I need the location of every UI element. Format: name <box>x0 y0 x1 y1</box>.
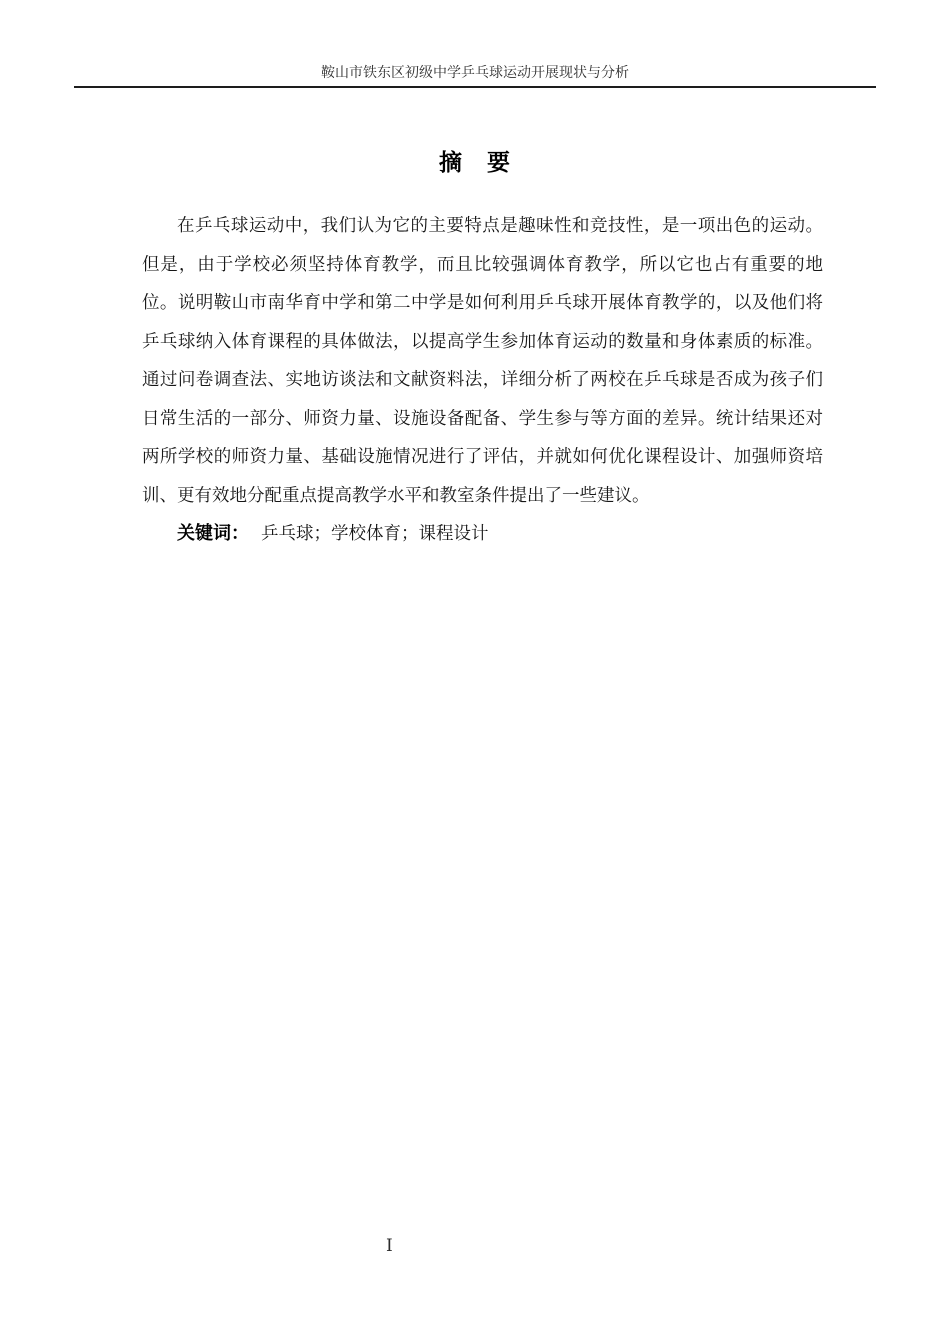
document-page: 鞍山市铁东区初级中学乒乓球运动开展现状与分析 摘 要 在乒乓球运动中，我们认为它… <box>0 0 950 1344</box>
abstract-paragraph: 在乒乓球运动中，我们认为它的主要特点是趣味性和竞技性，是一项出色的运动。但是，由… <box>142 207 823 515</box>
header-running-title: 鞍山市铁东区初级中学乒乓球运动开展现状与分析 <box>321 65 629 81</box>
keywords-label: 关键词： <box>177 523 249 544</box>
keywords-line: 关键词：乒乓球；学校体育；课程设计 <box>142 515 823 554</box>
abstract-title: 摘 要 <box>0 148 950 178</box>
page-number: I <box>386 1236 393 1256</box>
keywords-text: 乒乓球；学校体育；课程设计 <box>261 524 489 544</box>
page-header: 鞍山市铁东区初级中学乒乓球运动开展现状与分析 <box>74 63 876 88</box>
